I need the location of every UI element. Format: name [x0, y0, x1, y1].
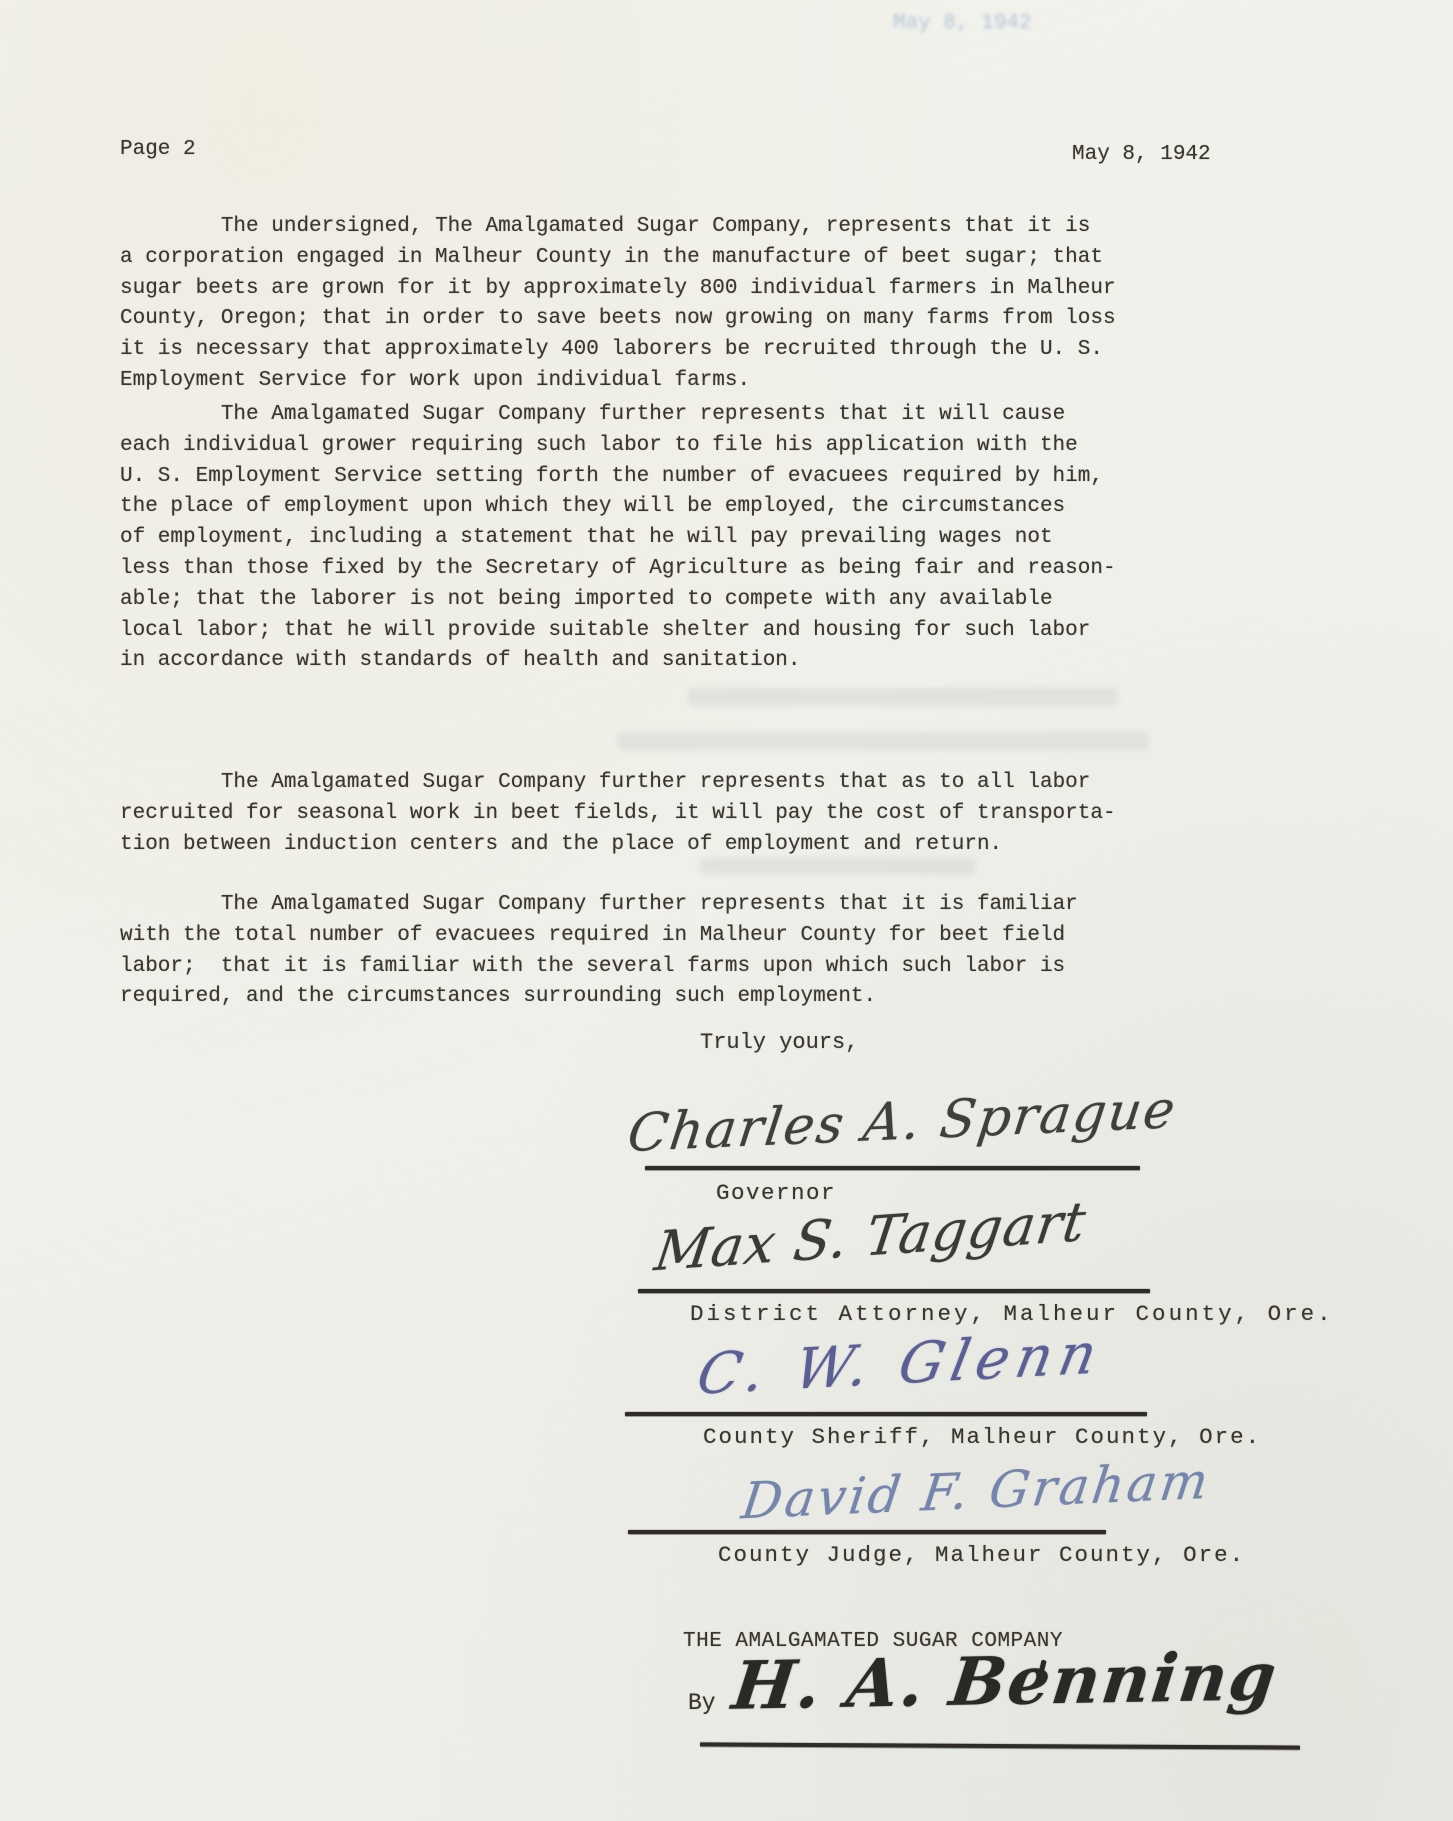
signature-script-county-sheriff: C. W. Glenn [692, 1321, 1109, 1408]
ghost-text-smudge [700, 858, 975, 874]
signature-script-company-officer: H. A. Benning [728, 1637, 1282, 1725]
ghost-date-bleedthrough: May 8, 1942 [893, 12, 1032, 35]
signature-script-county-judge: David F. Graham [738, 1452, 1214, 1531]
body-paragraph-1: The undersigned, The Amalgamated Sugar C… [120, 212, 1210, 397]
ghost-text-smudge [688, 688, 1118, 706]
signature-rule-governor [645, 1166, 1140, 1170]
signature-rule-district-attorney [638, 1289, 1150, 1293]
signature-title-governor: Governor [716, 1180, 836, 1206]
closing-salutation: Truly yours, [700, 1030, 858, 1055]
signature-title-county-judge: County Judge, Malheur County, Ore. [718, 1542, 1245, 1568]
page-number-label: Page 2 [120, 138, 196, 161]
signature-rule-company [700, 1742, 1300, 1749]
signature-script-governor: Charles A. Sprague [624, 1080, 1180, 1164]
body-paragraph-2: The Amalgamated Sugar Company further re… [120, 400, 1210, 677]
body-paragraph-3: The Amalgamated Sugar Company further re… [120, 768, 1210, 860]
signature-rule-county-judge [628, 1530, 1106, 1534]
by-label: By [688, 1690, 716, 1716]
body-paragraph-4: The Amalgamated Sugar Company further re… [120, 890, 1210, 1013]
ghost-text-smudge [618, 732, 1148, 750]
signature-title-district-attorney: District Attorney, Malheur County, Ore. [690, 1301, 1334, 1327]
page-scan: May 8, 1942 Page 2 May 8, 1942 The under… [0, 0, 1453, 1821]
signature-rule-county-sheriff [625, 1412, 1147, 1416]
date-label: May 8, 1942 [1072, 143, 1211, 166]
signature-title-county-sheriff: County Sheriff, Malheur County, Ore. [703, 1424, 1261, 1450]
